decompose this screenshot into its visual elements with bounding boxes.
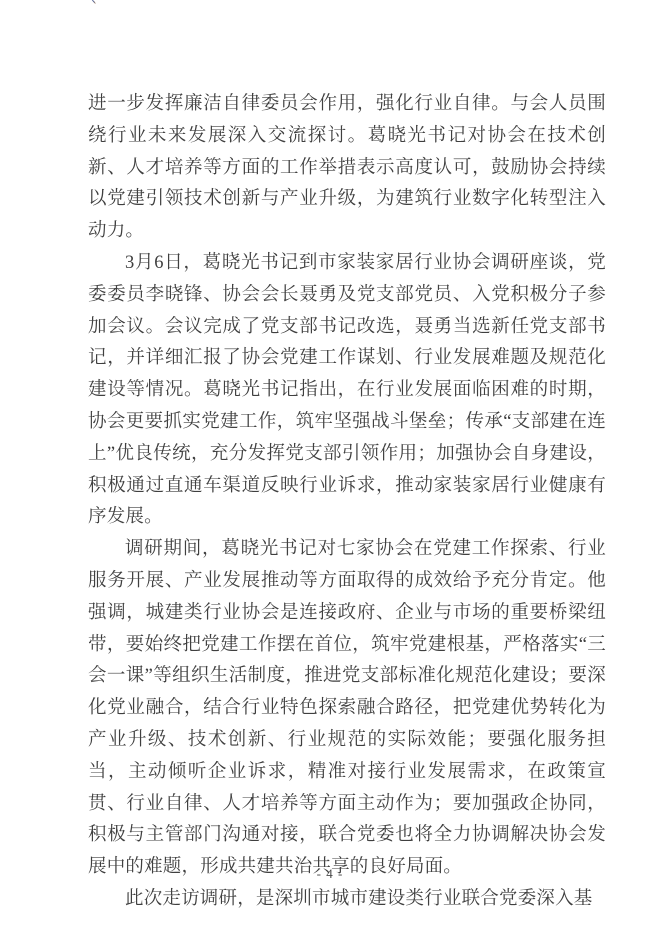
paragraph: 进一步发挥廉洁自律委员会作用，强化行业自律。与会人员围绕行业未来发展深入交流探讨… bbox=[88, 89, 606, 248]
paragraph: 此次走访调研，是深圳市城市建设类行业联合党委深入基 bbox=[88, 884, 606, 916]
document-page: ` 进一步发挥廉洁自律委员会作用，强化行业自律。与会人员围绕行业未来发展深入交流… bbox=[0, 0, 660, 933]
paragraph: 调研期间，葛晓光书记对七家协会在党建工作探索、行业服务开展、产业发展推动等方面取… bbox=[88, 534, 606, 884]
paragraph: 3月6日，葛晓光书记到市家装家居行业协会调研座谈，党委委员李晓锋、协会会长聂勇及… bbox=[88, 248, 606, 534]
page-number: - 4 - bbox=[0, 866, 660, 882]
document-body: 进一步发挥廉洁自律委员会作用，强化行业自律。与会人员围绕行业未来发展深入交流探讨… bbox=[88, 89, 606, 916]
stray-backtick-mark: ` bbox=[90, 1, 98, 14]
